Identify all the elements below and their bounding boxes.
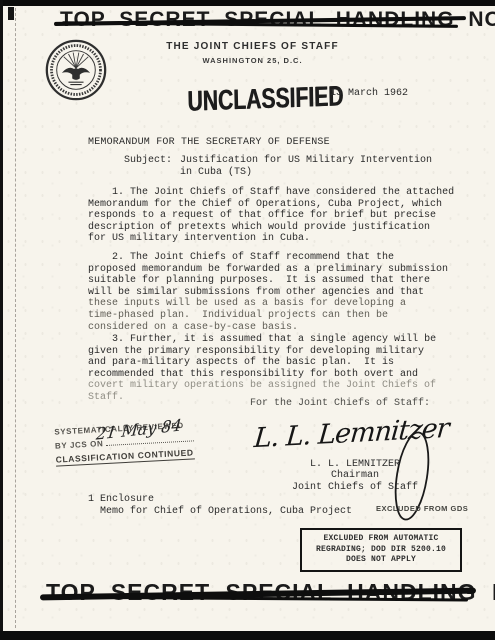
scan-border-left (0, 0, 3, 640)
paragraph-1: 1. The Joint Chiefs of Staff have consid… (88, 187, 460, 245)
signer-title: Chairman (262, 470, 448, 481)
joint-chiefs-of-staff-seal-icon (44, 38, 108, 102)
fold-line (15, 8, 16, 628)
classification-banner-bottom: TOP SECRET SPECIAL HANDLING NOFORN (46, 579, 466, 606)
scan-border-top (0, 0, 495, 6)
regrading-stamp-box: EXCLUDED FROM AUTOMATIC REGRADING; DOD D… (300, 528, 462, 572)
paragraph-2-main: 2. The Joint Chiefs of Staff recommend t… (88, 252, 448, 298)
document-page: TOP SECRET SPECIAL HANDLING NOFORN THE J… (0, 0, 495, 640)
signature-block: L. L. LEMNITZER Chairman Joint Chiefs of… (262, 459, 448, 493)
classification-banner-top: TOP SECRET SPECIAL HANDLING NOFORN (60, 8, 456, 32)
signer-org: Joint Chiefs of Staff (262, 482, 448, 493)
regrading-line1: EXCLUDED FROM AUTOMATIC (302, 534, 460, 545)
document-date: 13 March 1962 (330, 88, 408, 99)
scan-artifact (8, 7, 14, 20)
paragraph-3: 3. Further, it is assumed that a single … (88, 334, 460, 404)
regrading-line2: REGRADING; DOD DIR 5200.10 (302, 545, 460, 556)
paragraph-2: 2. The Joint Chiefs of Staff recommend t… (88, 252, 460, 333)
subject-value: Justification for US Military Interventi… (180, 155, 432, 178)
letterhead-address: WASHINGTON 25, D.C. (130, 56, 375, 65)
enclosure-note: 1 Enclosure Memo for Chief of Operations… (88, 494, 352, 517)
scan-border-bottom (0, 631, 495, 640)
paragraph-3-main: 3. Further, it is assumed that a single … (88, 334, 436, 380)
paragraph-2-faded: these inputs will be used as a basis for… (88, 298, 406, 332)
unclassified-stamp: UNCLASSIFIED (187, 81, 344, 120)
letterhead-org: THE JOINT CHIEFS OF STAFF (130, 41, 375, 52)
subject-label: Subject: (124, 155, 172, 166)
excluded-from-gds-stamp: EXCLUDED FROM GDS (376, 504, 468, 513)
review-stamp-line3: CLASSIFICATION CONTINUED (55, 447, 195, 466)
regrading-line3: DOES NOT APPLY (302, 555, 460, 566)
closing-line: For the Joint Chiefs of Staff: (250, 398, 430, 409)
signer-name: L. L. LEMNITZER (262, 459, 448, 470)
memo-addressee-line: MEMORANDUM FOR THE SECRETARY OF DEFENSE (88, 137, 330, 148)
